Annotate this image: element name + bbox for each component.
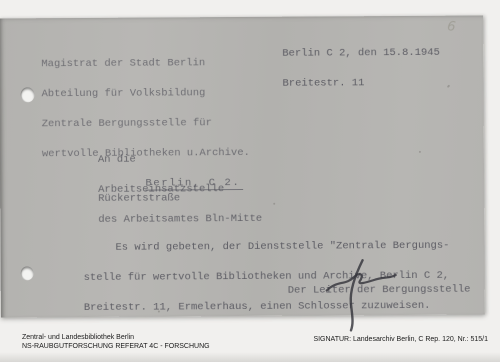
archive-signatur: SIGNATUR: Landesarchiv Berlin, C Rep. 12… xyxy=(313,336,488,343)
archive-footer-left: Zentral- und Landesbibliothek Berlin NS-… xyxy=(22,334,210,351)
scan-bottom-edge xyxy=(0,352,500,362)
body-line: Es wird gebeten, der Dienststelle "Zentr… xyxy=(83,241,449,253)
punch-hole-top xyxy=(21,87,35,102)
letterhead-line: Zentrale Bergungsstelle für xyxy=(42,118,250,129)
scanned-document-page: Magistrat der Stadt Berlin Abteilung für… xyxy=(0,0,500,362)
letterhead-line: Magistrat der Stadt Berlin xyxy=(41,58,249,69)
recipient-street: Rückertstraße xyxy=(98,193,180,204)
dust-speck xyxy=(158,311,160,313)
dateline-place-date: Berlin C 2, den 15.8.1945 xyxy=(282,48,440,59)
handwritten-signature-scrawl xyxy=(319,254,407,335)
archive-department: NS-RAUBGUTFORSCHUNG REFERAT 4C - FORSCHU… xyxy=(22,343,210,352)
dateline: Berlin C 2, den 15.8.1945 Breitestr. 11 xyxy=(282,28,440,109)
handwritten-page-number: 6 xyxy=(446,19,456,35)
dateline-street: Breitestr. 11 xyxy=(282,78,440,89)
dust-speck xyxy=(419,151,421,153)
letterhead-line: Abteilung für Volksbildung xyxy=(42,88,250,99)
letter-paper: Magistrat der Stadt Berlin Abteilung für… xyxy=(0,16,485,318)
archive-institution: Zentral- und Landesbibliothek Berlin xyxy=(22,334,210,343)
recipient-line: An die xyxy=(98,154,262,165)
dust-speck xyxy=(273,203,275,205)
dust-speck xyxy=(447,84,450,88)
punch-hole-bottom xyxy=(21,266,34,280)
